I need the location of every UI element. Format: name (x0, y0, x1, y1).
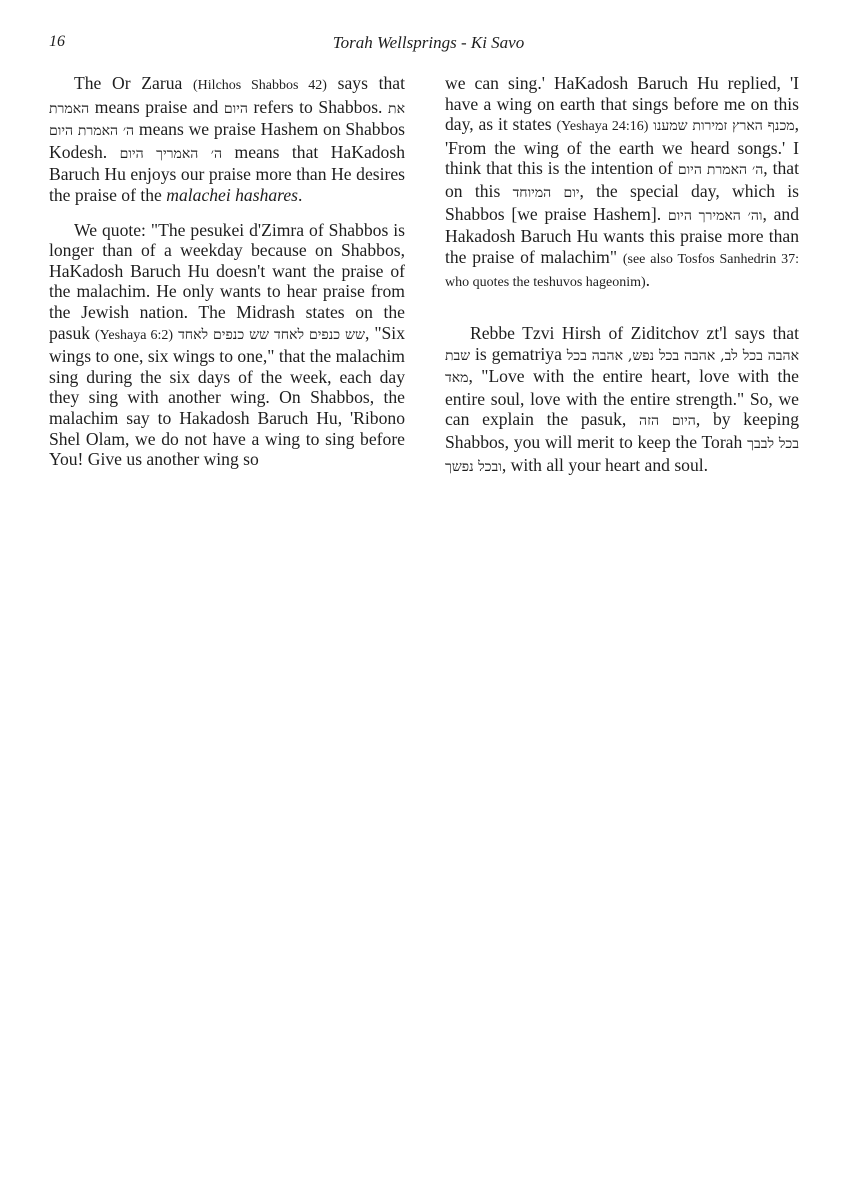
paragraph-gap (445, 294, 799, 323)
paragraph-ziditchov: Rebbe Tzvi Hirsh of Ziditchov zt'l says … (445, 323, 799, 477)
hebrew-text: וה׳ האמירך היום (668, 208, 763, 224)
paragraph-or-zarua: The Or Zarua (Hilchos Shabbos 42) says t… (49, 73, 405, 206)
hebrew-text: האמרת (49, 101, 89, 117)
hebrew-text: היום הזה (639, 413, 696, 429)
hebrew-text: היום (224, 101, 248, 117)
italic-term: malachei hashares (166, 185, 298, 205)
hebrew-text: מכנף הארץ זמירות שמענו (653, 118, 794, 134)
hebrew-text: ה׳ האמריך היום (120, 146, 222, 162)
left-column: The Or Zarua (Hilchos Shabbos 42) says t… (49, 73, 405, 470)
running-title: Torah Wellsprings - Ki Savo (0, 33, 849, 53)
hebrew-text: שש כנפים לאחד שש כנפים לאחד (178, 327, 365, 343)
hebrew-text: יום המיוחד (513, 185, 580, 201)
citation: (Hilchos Shabbos 42) (193, 78, 327, 93)
hebrew-text: ה׳ האמרת היום (678, 162, 763, 178)
paragraph-gap (49, 206, 405, 220)
paragraph-continuation: we can sing.' HaKadosh Baruch Hu replied… (445, 73, 799, 294)
hebrew-text: שבת (445, 348, 470, 364)
citation: (Yeshaya 24:16) (556, 119, 648, 134)
paragraph-we-quote: We quote: "The pesukei d'Zimra of Shabbo… (49, 220, 405, 470)
right-column: we can sing.' HaKadosh Baruch Hu replied… (445, 73, 799, 477)
citation: (Yeshaya 6:2) (95, 328, 173, 343)
